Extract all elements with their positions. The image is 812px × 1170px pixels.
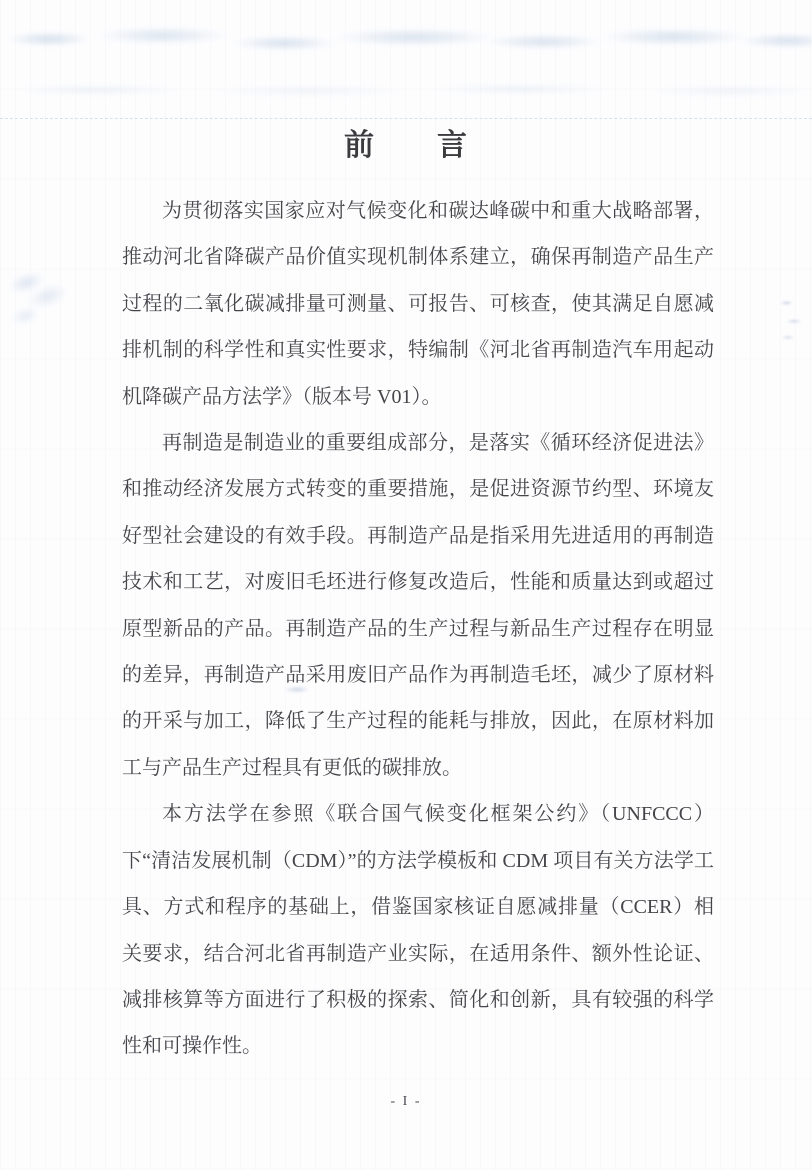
scanned-document-page: 前 言 为贯彻落实国家应对气候变化和碳达峰碳中和重大战略部署，推动河北省降碳产品… xyxy=(0,0,812,1170)
scan-hairline-artifact xyxy=(0,118,812,119)
scan-noise-band-top xyxy=(0,22,812,56)
page-title: 前 言 xyxy=(0,120,812,164)
scan-specks-right-margin xyxy=(776,296,806,342)
document-body: 为贯彻落实国家应对气候变化和碳达峰碳中和重大战略部署，推动河北省降碳产品价值实现… xyxy=(122,188,714,1070)
paragraph-3: 本方法学在参照《联合国气候变化框架公约》（UNFCCC）下“清洁发展机制（CDM… xyxy=(122,791,714,1069)
paragraph-2: 再制造是制造业的重要组成部分，是落实《循环经济促进法》和推动经济发展方式转变的重… xyxy=(122,420,714,791)
page-number: - I - xyxy=(0,1094,812,1110)
paragraph-1: 为贯彻落实国家应对气候变化和碳达峰碳中和重大战略部署，推动河北省降碳产品价值实现… xyxy=(122,188,714,420)
scan-smudge-left-margin xyxy=(0,246,88,344)
scan-noise-band-upper xyxy=(0,80,812,100)
